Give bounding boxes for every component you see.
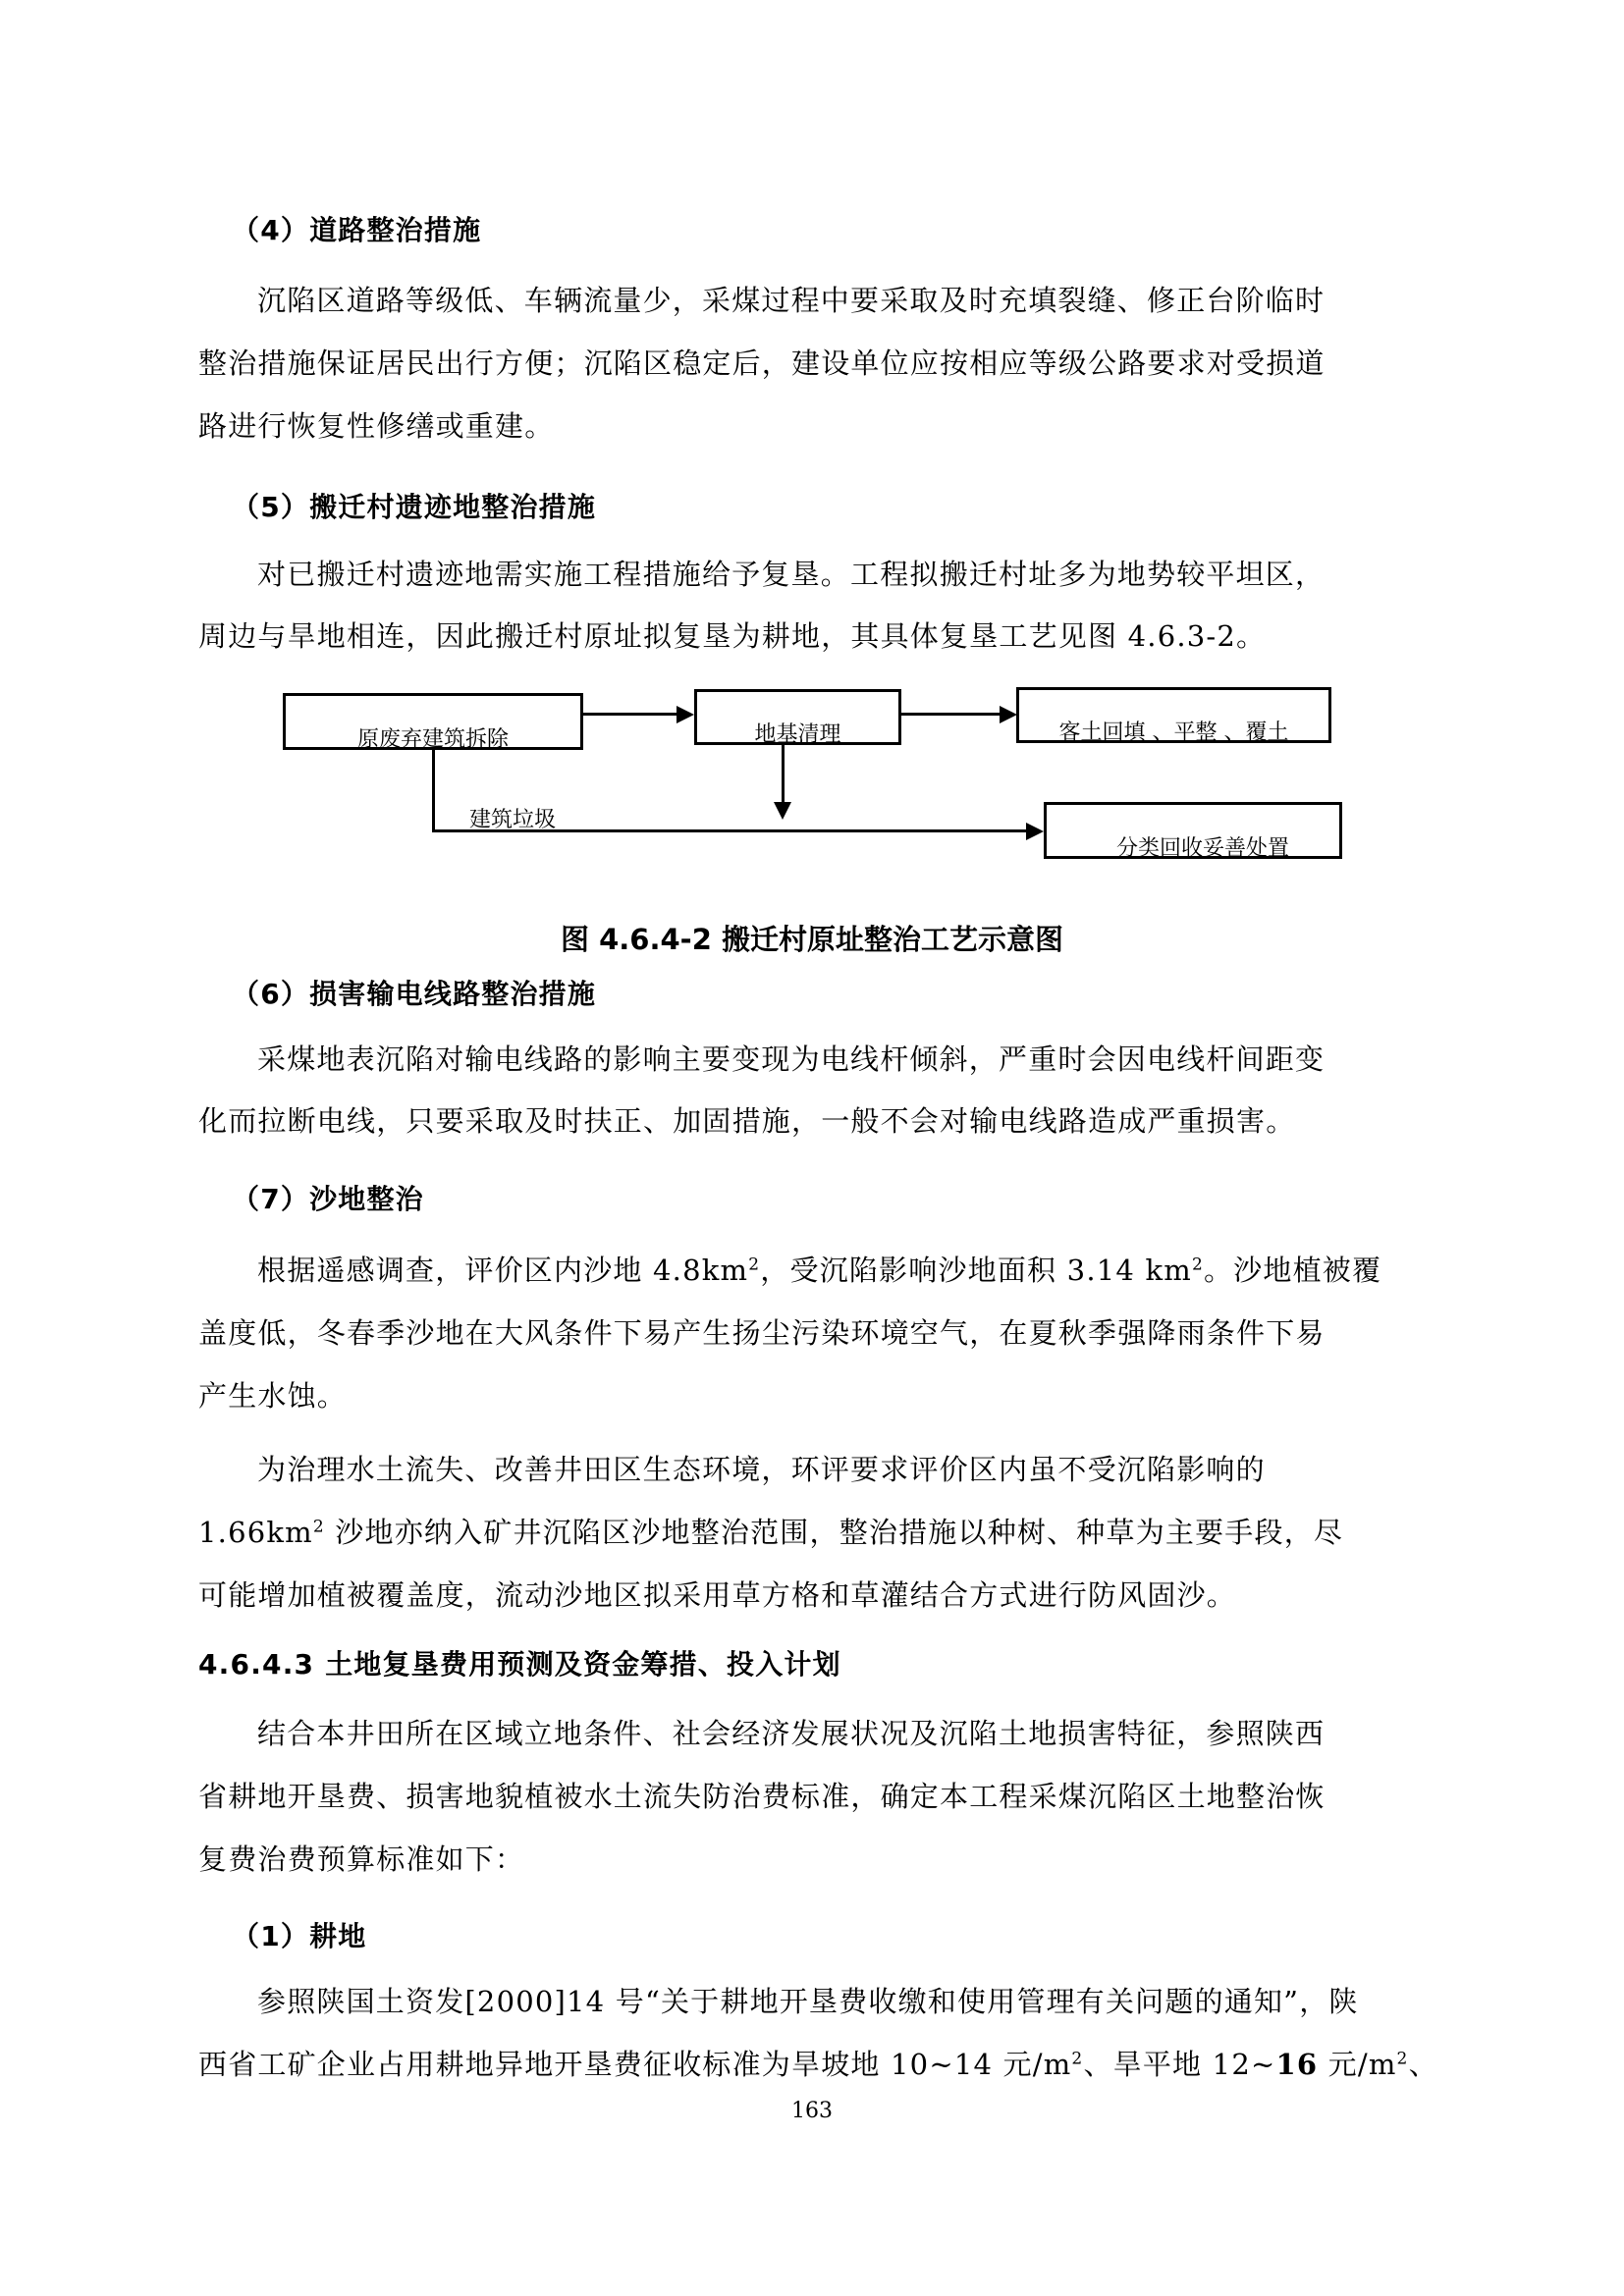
paragraph-line: 结合本井田所在区域立地条件、社会经济发展状况及沉陷土地损害特征，参照陕西	[257, 1714, 1499, 1753]
paragraph-line: 复费治费预算标准如下：	[198, 1840, 1440, 1879]
arrow-down-icon	[774, 802, 791, 820]
paragraph-line: 可能增加植被覆盖度，流动沙地区拟采用草方格和草灌结合方式进行防风固沙。	[198, 1575, 1440, 1615]
flow-box-demolition: 原废弃建筑拆除	[283, 693, 583, 750]
superscript: 2	[1397, 2049, 1409, 2068]
text-span: 元/m	[1318, 2048, 1396, 2081]
paragraph-line: 参照陕国土资发[2000]14 号“关于耕地开垦费收缴和使用管理有关问题的通知”…	[257, 1982, 1499, 2021]
section-heading-power-line: （6）损害输电线路整治措施	[232, 975, 1474, 1014]
superscript: 2	[313, 1517, 325, 1536]
flow-arrow-line	[432, 829, 1028, 832]
page-number: 163	[0, 2097, 1624, 2126]
arrow-right-icon	[1000, 706, 1017, 723]
arrow-right-icon	[677, 706, 694, 723]
document-page: （4）道路整治措施 沉陷区道路等级低、车辆流量少，采煤过程中要采取及时充填裂缝、…	[0, 0, 1624, 2296]
text-span: 、旱平地 12~	[1083, 2048, 1275, 2081]
section-heading-sand: （7）沙地整治	[232, 1180, 1474, 1219]
section-heading-relocated-village: （5）搬迁村遗迹地整治措施	[232, 488, 1474, 527]
text-span: 。沙地植被覆	[1204, 1254, 1381, 1287]
flow-arrow-line	[583, 713, 678, 716]
flow-arrow-line	[901, 713, 1001, 716]
flow-arrow-line	[782, 745, 785, 804]
flow-arrow-line	[432, 750, 435, 832]
paragraph-line: 为治理水土流失、改善井田区生态环境，环评要求评价区内虽不受沉陷影响的	[257, 1450, 1499, 1489]
paragraph-line: 省耕地开垦费、损害地貌植被水土流失防治费标准，确定本工程采煤沉陷区土地整治恢	[198, 1777, 1440, 1816]
paragraph-line: 对已搬迁村遗迹地需实施工程措施给予复垦。工程拟搬迁村址多为地势较平坦区，	[257, 555, 1499, 594]
superscript: 2	[1192, 1255, 1204, 1274]
paragraph-line: 路进行恢复性修缮或重建。	[198, 406, 1440, 446]
bold-number: 16	[1275, 2048, 1318, 2081]
flow-box-label: 地基清理	[697, 722, 898, 748]
flow-label-construction-waste: 建筑垃圾	[469, 808, 556, 833]
paragraph-line: 盖度低，冬春季沙地在大风条件下易产生扬尘污染环境空气，在夏秋季强降雨条件下易	[198, 1313, 1440, 1353]
flow-box-label: 客土回填 、平整 、覆土	[1019, 721, 1328, 746]
text-span: 根据遥感调查，评价区内沙地 4.8km	[257, 1254, 748, 1287]
figure-caption: 图 4.6.4-2 搬迁村原址整治工艺示意图	[0, 920, 1624, 959]
flow-box-label: 原废弃建筑拆除	[286, 727, 580, 753]
section-heading-farmland: （1）耕地	[232, 1917, 1474, 1956]
paragraph-line: 产生水蚀。	[198, 1376, 1440, 1415]
subsection-heading-cost: 4.6.4.3 土地复垦费用预测及资金筹措、投入计划	[198, 1645, 1440, 1684]
text-span: 西省工矿企业占用耕地异地开垦费征收标准为旱坡地 10~14 元/m	[198, 2048, 1071, 2081]
text-span: 1.66km	[198, 1516, 313, 1549]
paragraph-line: 化而拉断电线，只要采取及时扶正、加固措施，一般不会对输电线路造成严重损害。	[198, 1101, 1440, 1141]
superscript: 2	[1071, 2049, 1083, 2068]
section-heading-road: （4）道路整治措施	[232, 211, 1474, 250]
superscript: 2	[748, 1255, 760, 1274]
paragraph-line: 周边与旱地相连，因此搬迁村原址拟复垦为耕地，其具体复垦工艺见图 4.6.3-2。	[198, 616, 1440, 656]
paragraph-line: 1.66km2 沙地亦纳入矿井沉陷区沙地整治范围，整治措施以种树、种草为主要手段…	[198, 1513, 1440, 1552]
flow-box-foundation: 地基清理	[694, 689, 901, 745]
flow-box-label: 分类回收妥善处置	[1066, 836, 1339, 862]
text-span: 、	[1409, 2048, 1438, 2081]
flow-box-recycle: 分类回收妥善处置	[1044, 802, 1342, 859]
paragraph-line: 西省工矿企业占用耕地异地开垦费征收标准为旱坡地 10~14 元/m2、旱平地 1…	[198, 2045, 1440, 2084]
paragraph-line: 根据遥感调查，评价区内沙地 4.8km2，受沉陷影响沙地面积 3.14 km2。…	[257, 1251, 1499, 1290]
paragraph-line: 整治措施保证居民出行方便；沉陷区稳定后，建设单位应按相应等级公路要求对受损道	[198, 344, 1440, 383]
arrow-right-icon	[1026, 823, 1044, 840]
text-span: ，受沉陷影响沙地面积 3.14 km	[760, 1254, 1192, 1287]
flow-box-backfill: 客土回填 、平整 、覆土	[1016, 687, 1331, 743]
text-span: 沙地亦纳入矿井沉陷区沙地整治范围，整治措施以种树、种草为主要手段，尽	[325, 1516, 1343, 1549]
paragraph-line: 采煤地表沉陷对输电线路的影响主要变现为电线杆倾斜，严重时会因电线杆间距变	[257, 1040, 1499, 1079]
paragraph-line: 沉陷区道路等级低、车辆流量少，采煤过程中要采取及时充填裂缝、修正台阶临时	[257, 281, 1499, 320]
